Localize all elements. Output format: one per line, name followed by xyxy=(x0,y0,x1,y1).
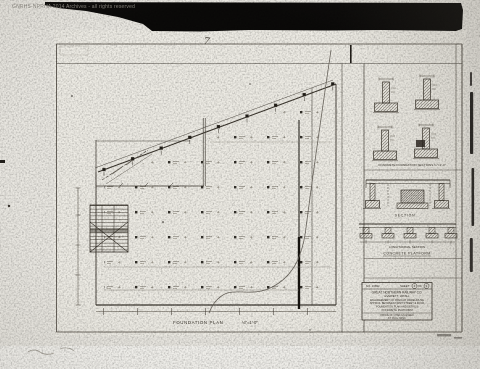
drawing-canvas: FOUNDATION PLAN ⅛"=1'-0" CONCRETE FOUNDA… xyxy=(0,0,480,369)
edge-shading xyxy=(0,0,480,369)
scanned-drawing-page: FOUNDATION PLAN ⅛"=1'-0" CONCRETE FOUNDA… xyxy=(0,0,480,369)
